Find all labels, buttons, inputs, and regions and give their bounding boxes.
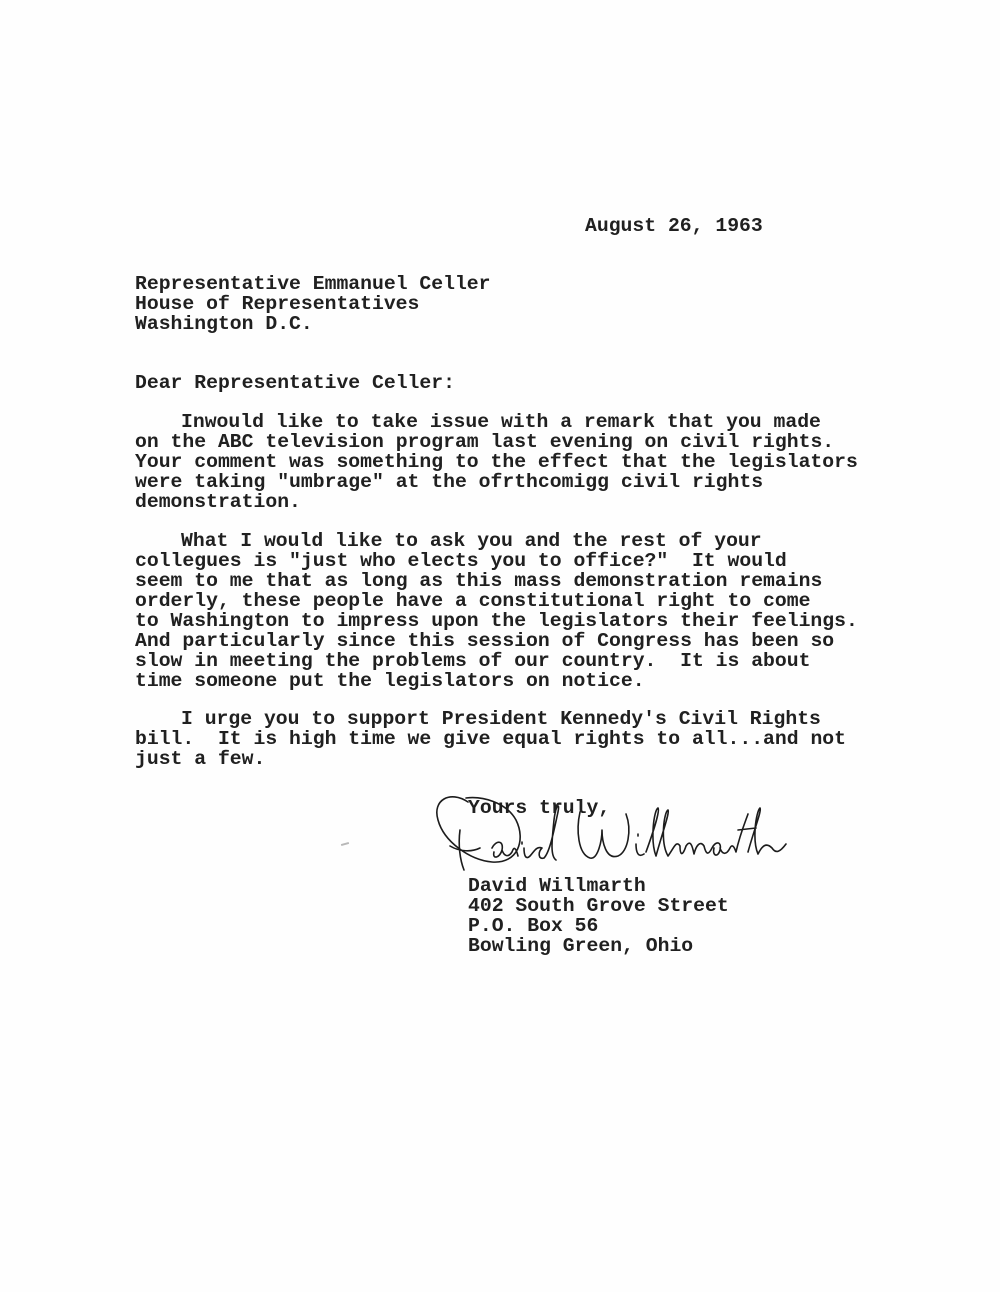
paragraph-2-line: time someone put the legislators on noti…: [135, 671, 645, 691]
sender-name: David Willmarth: [468, 876, 646, 896]
paragraph-2-line: collegues is "just who elects you to off…: [135, 551, 787, 571]
handwritten-signature: [430, 790, 830, 885]
paragraph-1-line: Inwould like to take issue with a remark…: [181, 412, 821, 432]
paragraph-1-line: Your comment was something to the effect…: [135, 452, 858, 472]
paragraph-2-line: seem to me that as long as this mass dem…: [135, 571, 822, 591]
paragraph-2-line: And particularly since this session of C…: [135, 631, 834, 651]
recipient-city: Washington D.C.: [135, 314, 313, 334]
paragraph-3-line: bill. It is high time we give equal righ…: [135, 729, 846, 749]
salutation: Dear Representative Celler:: [135, 373, 455, 393]
recipient-name: Representative Emmanuel Celler: [135, 274, 491, 294]
letter-page: August 26, 1963 Representative Emmanuel …: [0, 0, 1000, 1292]
paragraph-1-line: were taking "umbrage" at the ofrthcomigg…: [135, 472, 763, 492]
paragraph-2-line: orderly, these people have a constitutio…: [135, 591, 810, 611]
paragraph-3-line: I urge you to support President Kennedy'…: [181, 709, 821, 729]
paragraph-1-line: on the ABC television program last eveni…: [135, 432, 834, 452]
paper-mark: [341, 842, 349, 846]
paragraph-3-line: just a few.: [135, 749, 265, 769]
paragraph-2-line: to Washington to impress upon the legisl…: [135, 611, 858, 631]
letter-date: August 26, 1963: [585, 216, 763, 236]
sender-city: Bowling Green, Ohio: [468, 936, 693, 956]
sender-po-box: P.O. Box 56: [468, 916, 598, 936]
paragraph-2-line: What I would like to ask you and the res…: [181, 531, 762, 551]
sender-street: 402 South Grove Street: [468, 896, 729, 916]
recipient-office: House of Representatives: [135, 294, 419, 314]
paragraph-2-line: slow in meeting the problems of our coun…: [135, 651, 810, 671]
paragraph-1-line: demonstration.: [135, 492, 301, 512]
